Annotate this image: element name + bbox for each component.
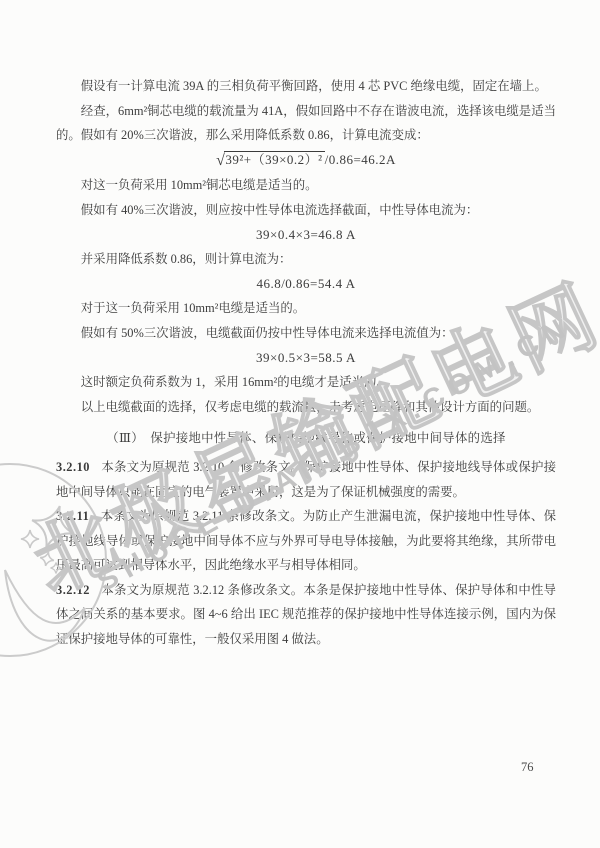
paragraph: 以上电缆截面的选择，仅考虑电缆的载流量，未考虑电压降和其他设计方面的问题。	[56, 395, 556, 420]
clause-paragraph: 3.2.12本条文为原规范 3.2.12 条修改条文。本条是保护接地中性导体、保…	[56, 578, 556, 652]
formula-line: 39×0.4×3=46.8 A	[56, 223, 556, 248]
paragraph: 并采用降低系数 0.86，则计算电流为：	[56, 247, 556, 272]
formula-radicand: 39²+（39×0.2）²	[224, 151, 324, 167]
formula-line: 39×0.5×3=58.5 A	[56, 346, 556, 371]
clause-paragraph: 3.2.10本条文为原规范 3.2.10 条修改条文。保护接地中性导体、保护接地…	[56, 455, 556, 504]
document-page: 假设有一计算电流 39A 的三相负荷平衡回路，使用 4 芯 PVC 绝缘电缆，固…	[0, 0, 600, 848]
paragraph: 对于这一负荷采用 10mm²电缆是适当的。	[56, 296, 556, 321]
clause-number: 3.2.10	[56, 460, 90, 474]
paragraph: 假如有 40%三次谐波，则应按中性导体电流选择截面，中性导体电流为：	[56, 198, 556, 223]
paragraph: 这时额定负荷系数为 1，采用 16mm²的电缆才是适当的。	[56, 370, 556, 395]
clause-text: 本条文为原规范 3.2.10 条修改条文。保护接地中性导体、保护接地线导体或保护…	[56, 460, 556, 499]
formula-rest: /0.86=46.2A	[325, 152, 396, 167]
paragraph: 对这一负荷采用 10mm²铜芯电缆是适当的。	[56, 173, 556, 198]
document-body: 假设有一计算电流 39A 的三相负荷平衡回路，使用 4 芯 PVC 绝缘电缆，固…	[56, 74, 556, 652]
page-number: 76	[521, 760, 534, 775]
paragraph: 假如有 50%三次谐波，电缆截面仍按中性导体电流来选择电流值为：	[56, 321, 556, 346]
formula-line: √39²+（39×0.2）²/0.86=46.2A	[56, 148, 556, 174]
clause-number: 3.2.11	[56, 509, 89, 523]
clause-text: 本条文为原规范 3.2.12 条修改条文。本条是保护接地中性导体、保护导体和中性…	[56, 583, 556, 646]
paragraph: 假设有一计算电流 39A 的三相负荷平衡回路，使用 4 芯 PVC 绝缘电缆，固…	[56, 74, 556, 99]
section-heading: （Ⅲ） 保护接地中性导体、保护接地线导体或保护接地中间导体的选择	[56, 426, 556, 451]
clause-number: 3.2.12	[56, 583, 90, 597]
clause-text: 本条文为原规范 3.2.11 条修改条文。为防止产生泄漏电流，保护接地中性导体、…	[56, 509, 556, 572]
formula-line: 46.8/0.86=54.4 A	[56, 272, 556, 297]
clause-paragraph: 3.2.11本条文为原规范 3.2.11 条修改条文。为防止产生泄漏电流，保护接…	[56, 504, 556, 578]
paragraph: 经查，6mm²铜芯电缆的载流量为 41A，假如回路中不存在谐波电流，选择该电缆是…	[56, 99, 556, 148]
